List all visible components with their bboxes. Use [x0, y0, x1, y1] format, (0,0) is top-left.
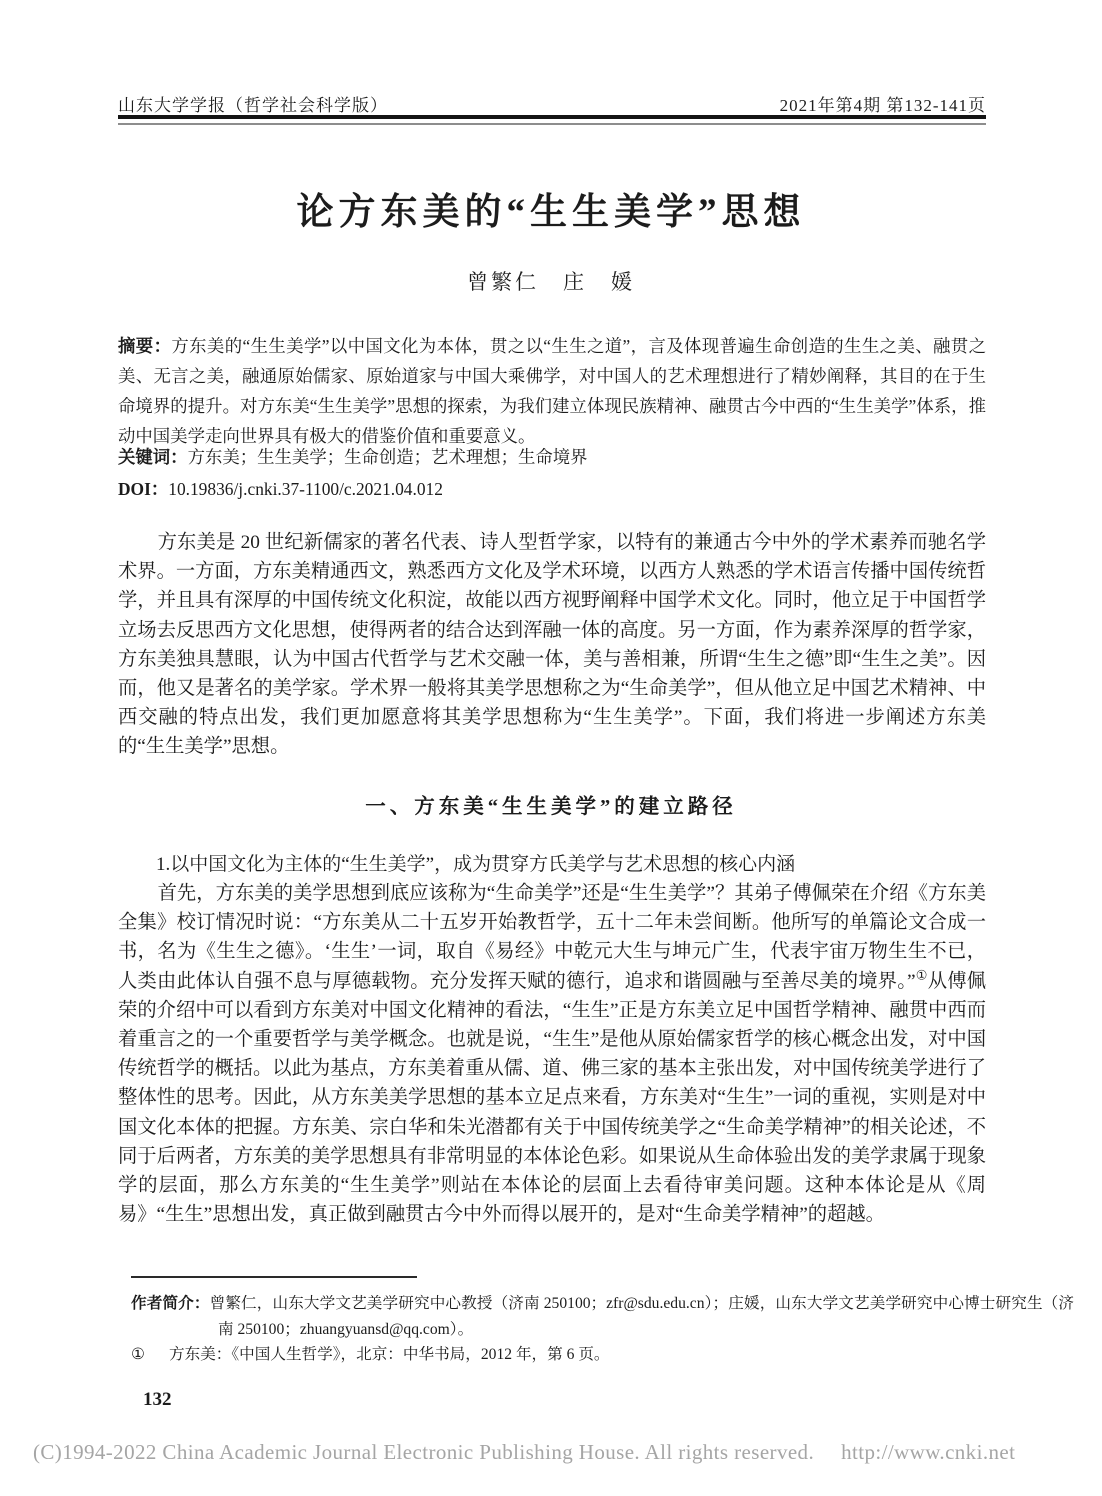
- journal-name: 山东大学学报（哲学社会科学版）: [118, 91, 388, 116]
- article-title: 论方东美的“生生美学”思想: [0, 181, 1102, 235]
- author-bio-footnote: 作者简介：曾繁仁，山东大学文艺美学研究中心教授（济南 250100；zfr@sd…: [131, 1291, 1074, 1342]
- subsection-1-heading: 1.以中国文化为主体的“生生美学”，成为贯穿方氏美学与艺术思想的核心内涵: [118, 849, 986, 876]
- abstract-label: 摘要：: [118, 336, 171, 356]
- copyright-notice: (C)1994-2022 China Academic Journal Elec…: [33, 1440, 814, 1464]
- doi-label: DOI：: [118, 479, 168, 499]
- footnote-1: ①方东美：《中国人生哲学》，北京：中华书局，2012 年，第 6 页。: [131, 1344, 987, 1366]
- cnki-footer: (C)1994-2022 China Academic Journal Elec…: [33, 1440, 1073, 1465]
- paragraph-2-text-before-note: 首先，方东美的美学思想到底应该称为“生命美学”还是“生生美学”？其弟子傅佩荣在介…: [118, 883, 986, 992]
- keywords-text: 方东美；生生美学；生命创造；艺术理想；生命境界: [188, 447, 588, 467]
- page-number: 132: [143, 1389, 172, 1411]
- keywords-line: 关键词：方东美；生生美学；生命创造；艺术理想；生命境界: [118, 446, 986, 468]
- cnki-url: http://www.cnki.net: [841, 1440, 1015, 1464]
- running-header: 山东大学学报（哲学社会科学版） 2021年第4期 第132-141页: [118, 91, 986, 116]
- abstract: 摘要：方东美的“生生美学”以中国文化为本体，贯之以“生生之道”，言及体现普遍生命…: [118, 331, 986, 451]
- doi-line: DOI：10.19836/j.cnki.37-1100/c.2021.04.01…: [118, 478, 986, 500]
- keywords-label: 关键词：: [118, 447, 188, 467]
- body-paragraph-1: 方东美是 20 世纪新儒家的著名代表、诗人型哲学家，以特有的兼通古今中外的学术素…: [118, 528, 986, 762]
- body-paragraph-2: 首先，方东美的美学思想到底应该称为“生命美学”还是“生生美学”？其弟子傅佩荣在介…: [118, 879, 986, 1229]
- doi-value: 10.19836/j.cnki.37-1100/c.2021.04.012: [168, 479, 443, 499]
- abstract-text: 方东美的“生生美学”以中国文化为本体，贯之以“生生之道”，言及体现普遍生命创造的…: [118, 336, 986, 446]
- footnote-separator-rule: [131, 1276, 417, 1278]
- header-rule-thick: [118, 115, 986, 119]
- issue-info: 2021年第4期 第132-141页: [780, 91, 986, 116]
- footnote-1-marker: ①: [131, 1344, 169, 1366]
- section-1-heading: 一、方东美“生生美学”的建立路径: [0, 789, 1102, 819]
- author-bio-label: 作者简介：: [131, 1295, 210, 1312]
- journal-page: 山东大学学报（哲学社会科学版） 2021年第4期 第132-141页 论方东美的…: [0, 0, 1102, 1496]
- article-authors: 曾繁仁 庄 媛: [0, 266, 1102, 296]
- author-bio-text: 曾繁仁，山东大学文艺美学研究中心教授（济南 250100；zfr@sdu.edu…: [210, 1295, 1074, 1338]
- footnote-1-text: 方东美：《中国人生哲学》，北京：中华书局，2012 年，第 6 页。: [169, 1346, 610, 1363]
- header-rule-thin: [118, 123, 986, 125]
- paragraph-2-text-after-note: 从傅佩荣的介绍中可以看到方东美对中国文化精神的看法，“生生”正是方东美立足中国哲…: [118, 971, 986, 1226]
- footnote-reference-1: ①: [916, 967, 928, 982]
